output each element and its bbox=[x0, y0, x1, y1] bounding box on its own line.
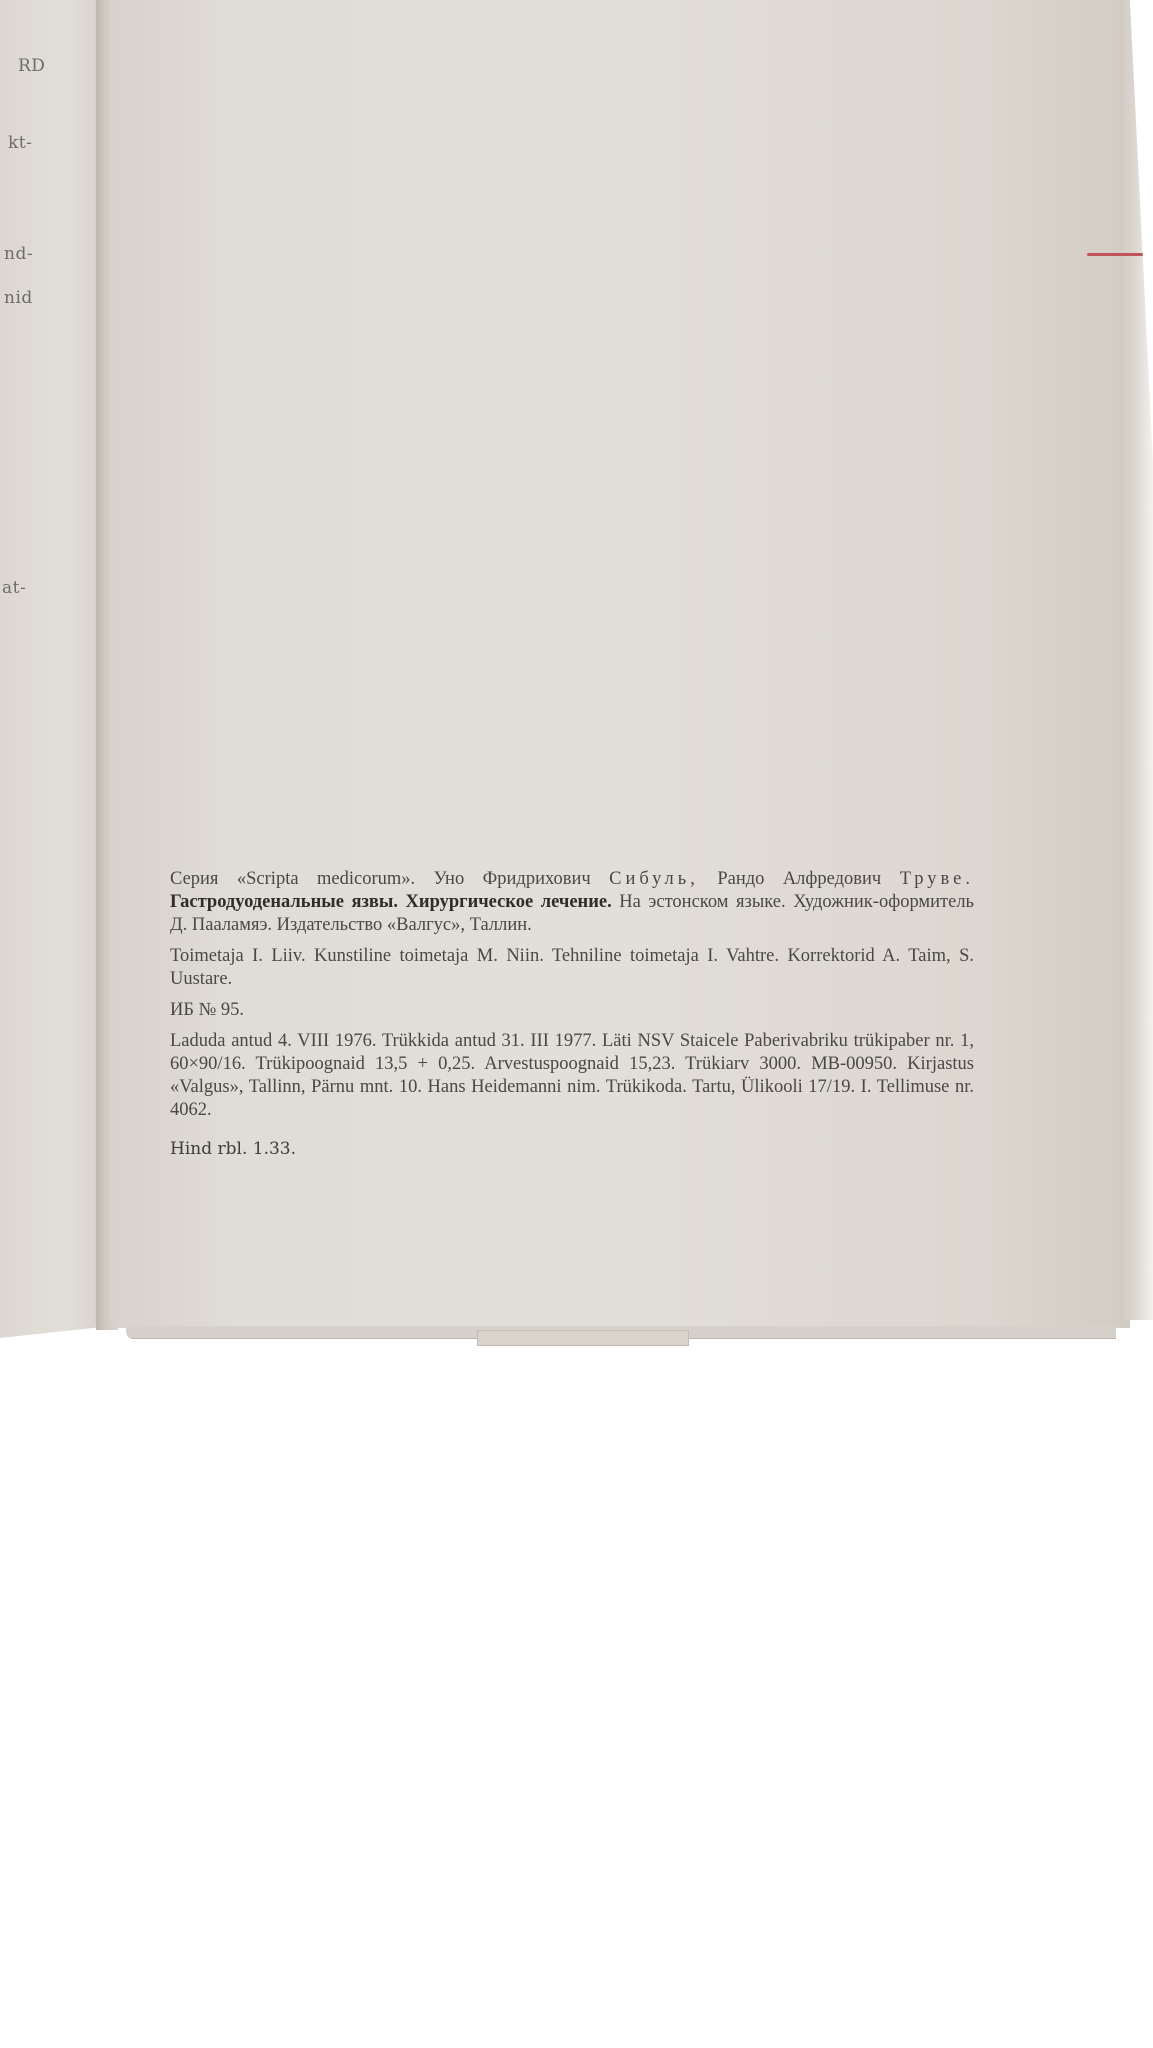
imprint-bibliographic: Серия «Scripta medicorum». Уно Фридрихов… bbox=[170, 868, 974, 937]
publisher: Издательство «Валгус», Таллин. bbox=[277, 915, 532, 935]
author2-name: Рандо Алфредович bbox=[717, 869, 881, 889]
left-page-fragment: kt- bbox=[8, 133, 32, 153]
price: Hind rbl. 1.33. bbox=[170, 1138, 974, 1161]
editors: Toimetaja I. Liiv. Kunstiline toimetaja … bbox=[170, 945, 974, 991]
ib-number: ИБ № 95. bbox=[170, 999, 974, 1022]
left-page-fragment: at- bbox=[2, 578, 26, 598]
book-photo: RD kt- nd- nid at- Серия «Scripta medico… bbox=[0, 0, 1153, 2048]
left-page-fragment: nd- bbox=[4, 244, 33, 264]
left-page-fragment: nid bbox=[4, 288, 33, 308]
author1-surname: Сибуль, bbox=[609, 869, 699, 889]
series: Серия «Scripta medicorum». bbox=[170, 869, 415, 889]
page-stack-tab bbox=[477, 1330, 689, 1346]
print-details: Laduda antud 4. VIII 1976. Trükkida antu… bbox=[170, 1030, 974, 1122]
bookmark-line bbox=[1087, 253, 1143, 256]
book-title: Гастродуоденальные язвы. Хирургическое л… bbox=[170, 892, 612, 912]
facing-left-page: RD kt- nd- nid at- bbox=[0, 0, 104, 1338]
author2-surname: Труве. bbox=[900, 869, 974, 889]
left-page-fragment: RD bbox=[18, 56, 45, 76]
page-edge bbox=[1120, 0, 1153, 1320]
language-note: На эстонском языке. bbox=[619, 892, 785, 912]
author1-name: Уно Фридрихович bbox=[434, 869, 591, 889]
imprint-block: Серия «Scripta medicorum». Уно Фридрихов… bbox=[170, 868, 974, 1169]
